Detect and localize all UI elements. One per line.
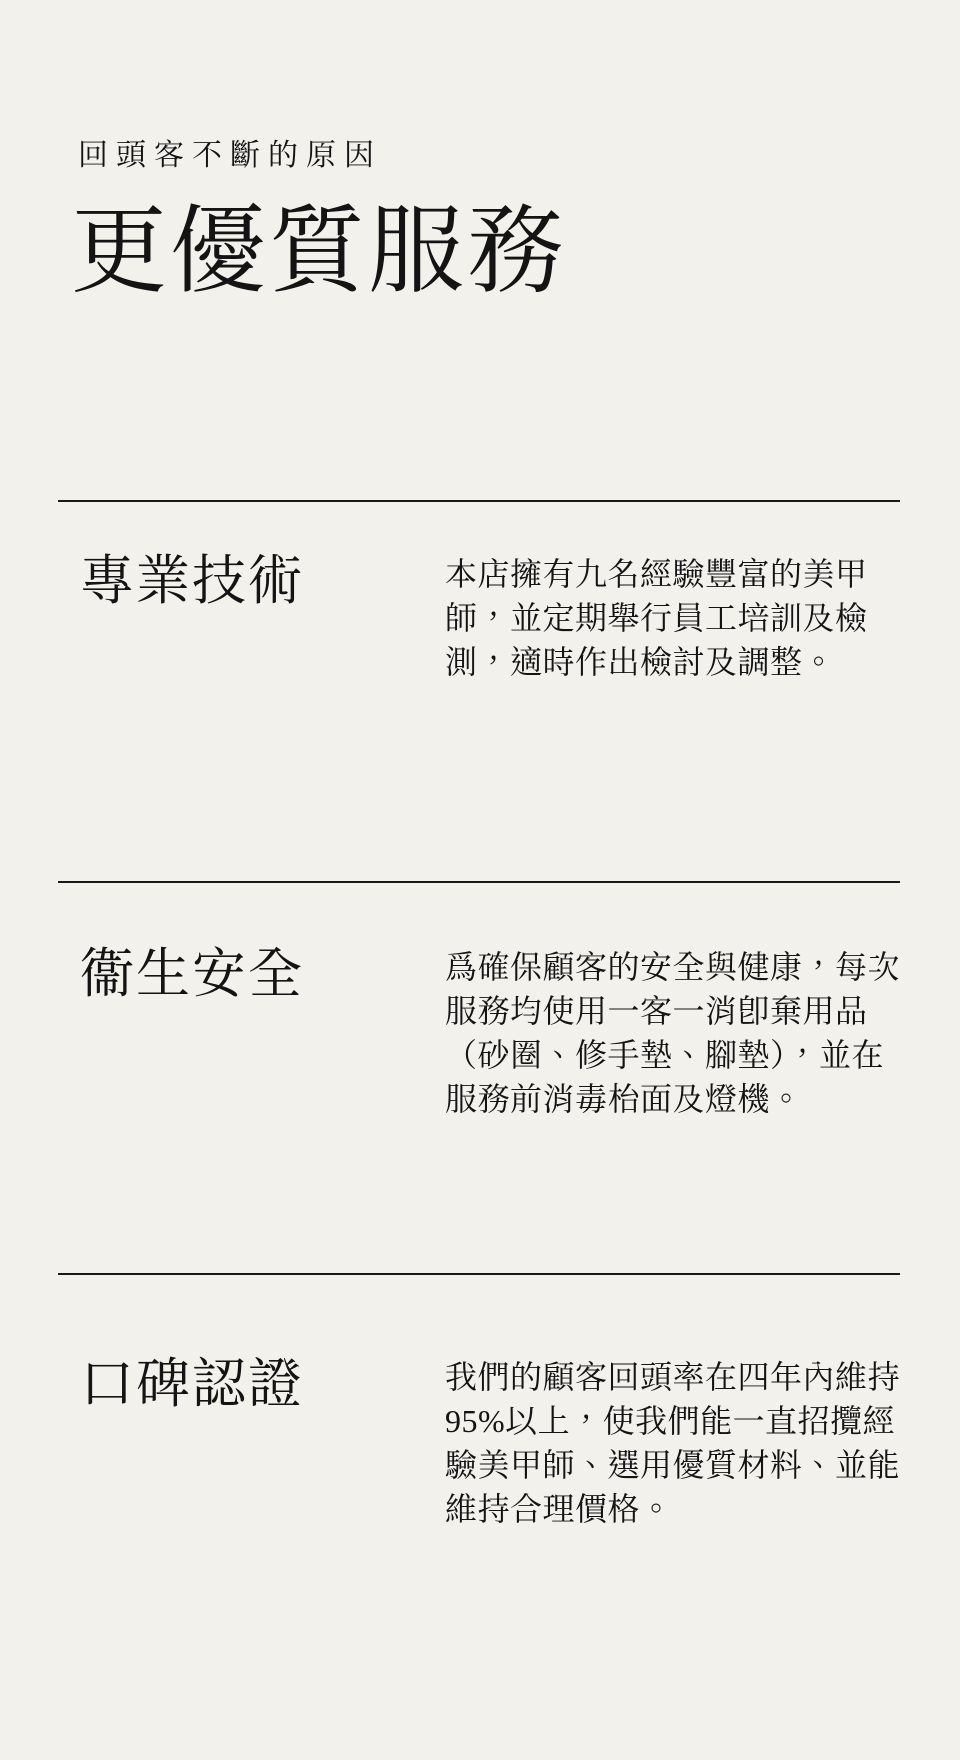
- feature-row-professional-skill: 專業技術 本店擁有九名經驗豐富的美甲 師，並定期舉行員工培訓及檢 測，適時作出檢…: [58, 500, 900, 881]
- feature-heading: 衞生安全: [58, 945, 445, 1003]
- eyebrow-text: 回頭客不斷的原因: [78, 138, 382, 174]
- feature-row-hygiene-safety: 衞生安全 爲確保顧客的安全與健康，每次 服務均使用一客一消卽棄用品 （砂圈、修手…: [58, 881, 900, 1273]
- feature-heading: 口碑認證: [58, 1355, 445, 1413]
- feature-heading: 專業技術: [58, 552, 445, 610]
- page-title: 更優質服務: [71, 200, 566, 304]
- feature-list: 專業技術 本店擁有九名經驗豐富的美甲 師，並定期舉行員工培訓及檢 測，適時作出檢…: [0, 500, 960, 1760]
- service-intro-section: 回頭客不斷的原因 更優質服務 專業技術 本店擁有九名經驗豐富的美甲 師，並定期舉…: [0, 0, 960, 1760]
- feature-description: 爲確保顧客的安全與健康，每次 服務均使用一客一消卽棄用品 （砂圈、修手墊、腳墊）…: [445, 945, 900, 1121]
- feature-description: 本店擁有九名經驗豐富的美甲 師，並定期舉行員工培訓及檢 測，適時作出檢討及調整。: [445, 552, 900, 684]
- feature-row-reputation: 口碑認證 我們的顧客回頭率在四年內維持 95%以上，使我們能一直招攬經 驗美甲師…: [58, 1273, 900, 1760]
- feature-description: 我們的顧客回頭率在四年內維持 95%以上，使我們能一直招攬經 驗美甲師、選用優質…: [445, 1355, 900, 1531]
